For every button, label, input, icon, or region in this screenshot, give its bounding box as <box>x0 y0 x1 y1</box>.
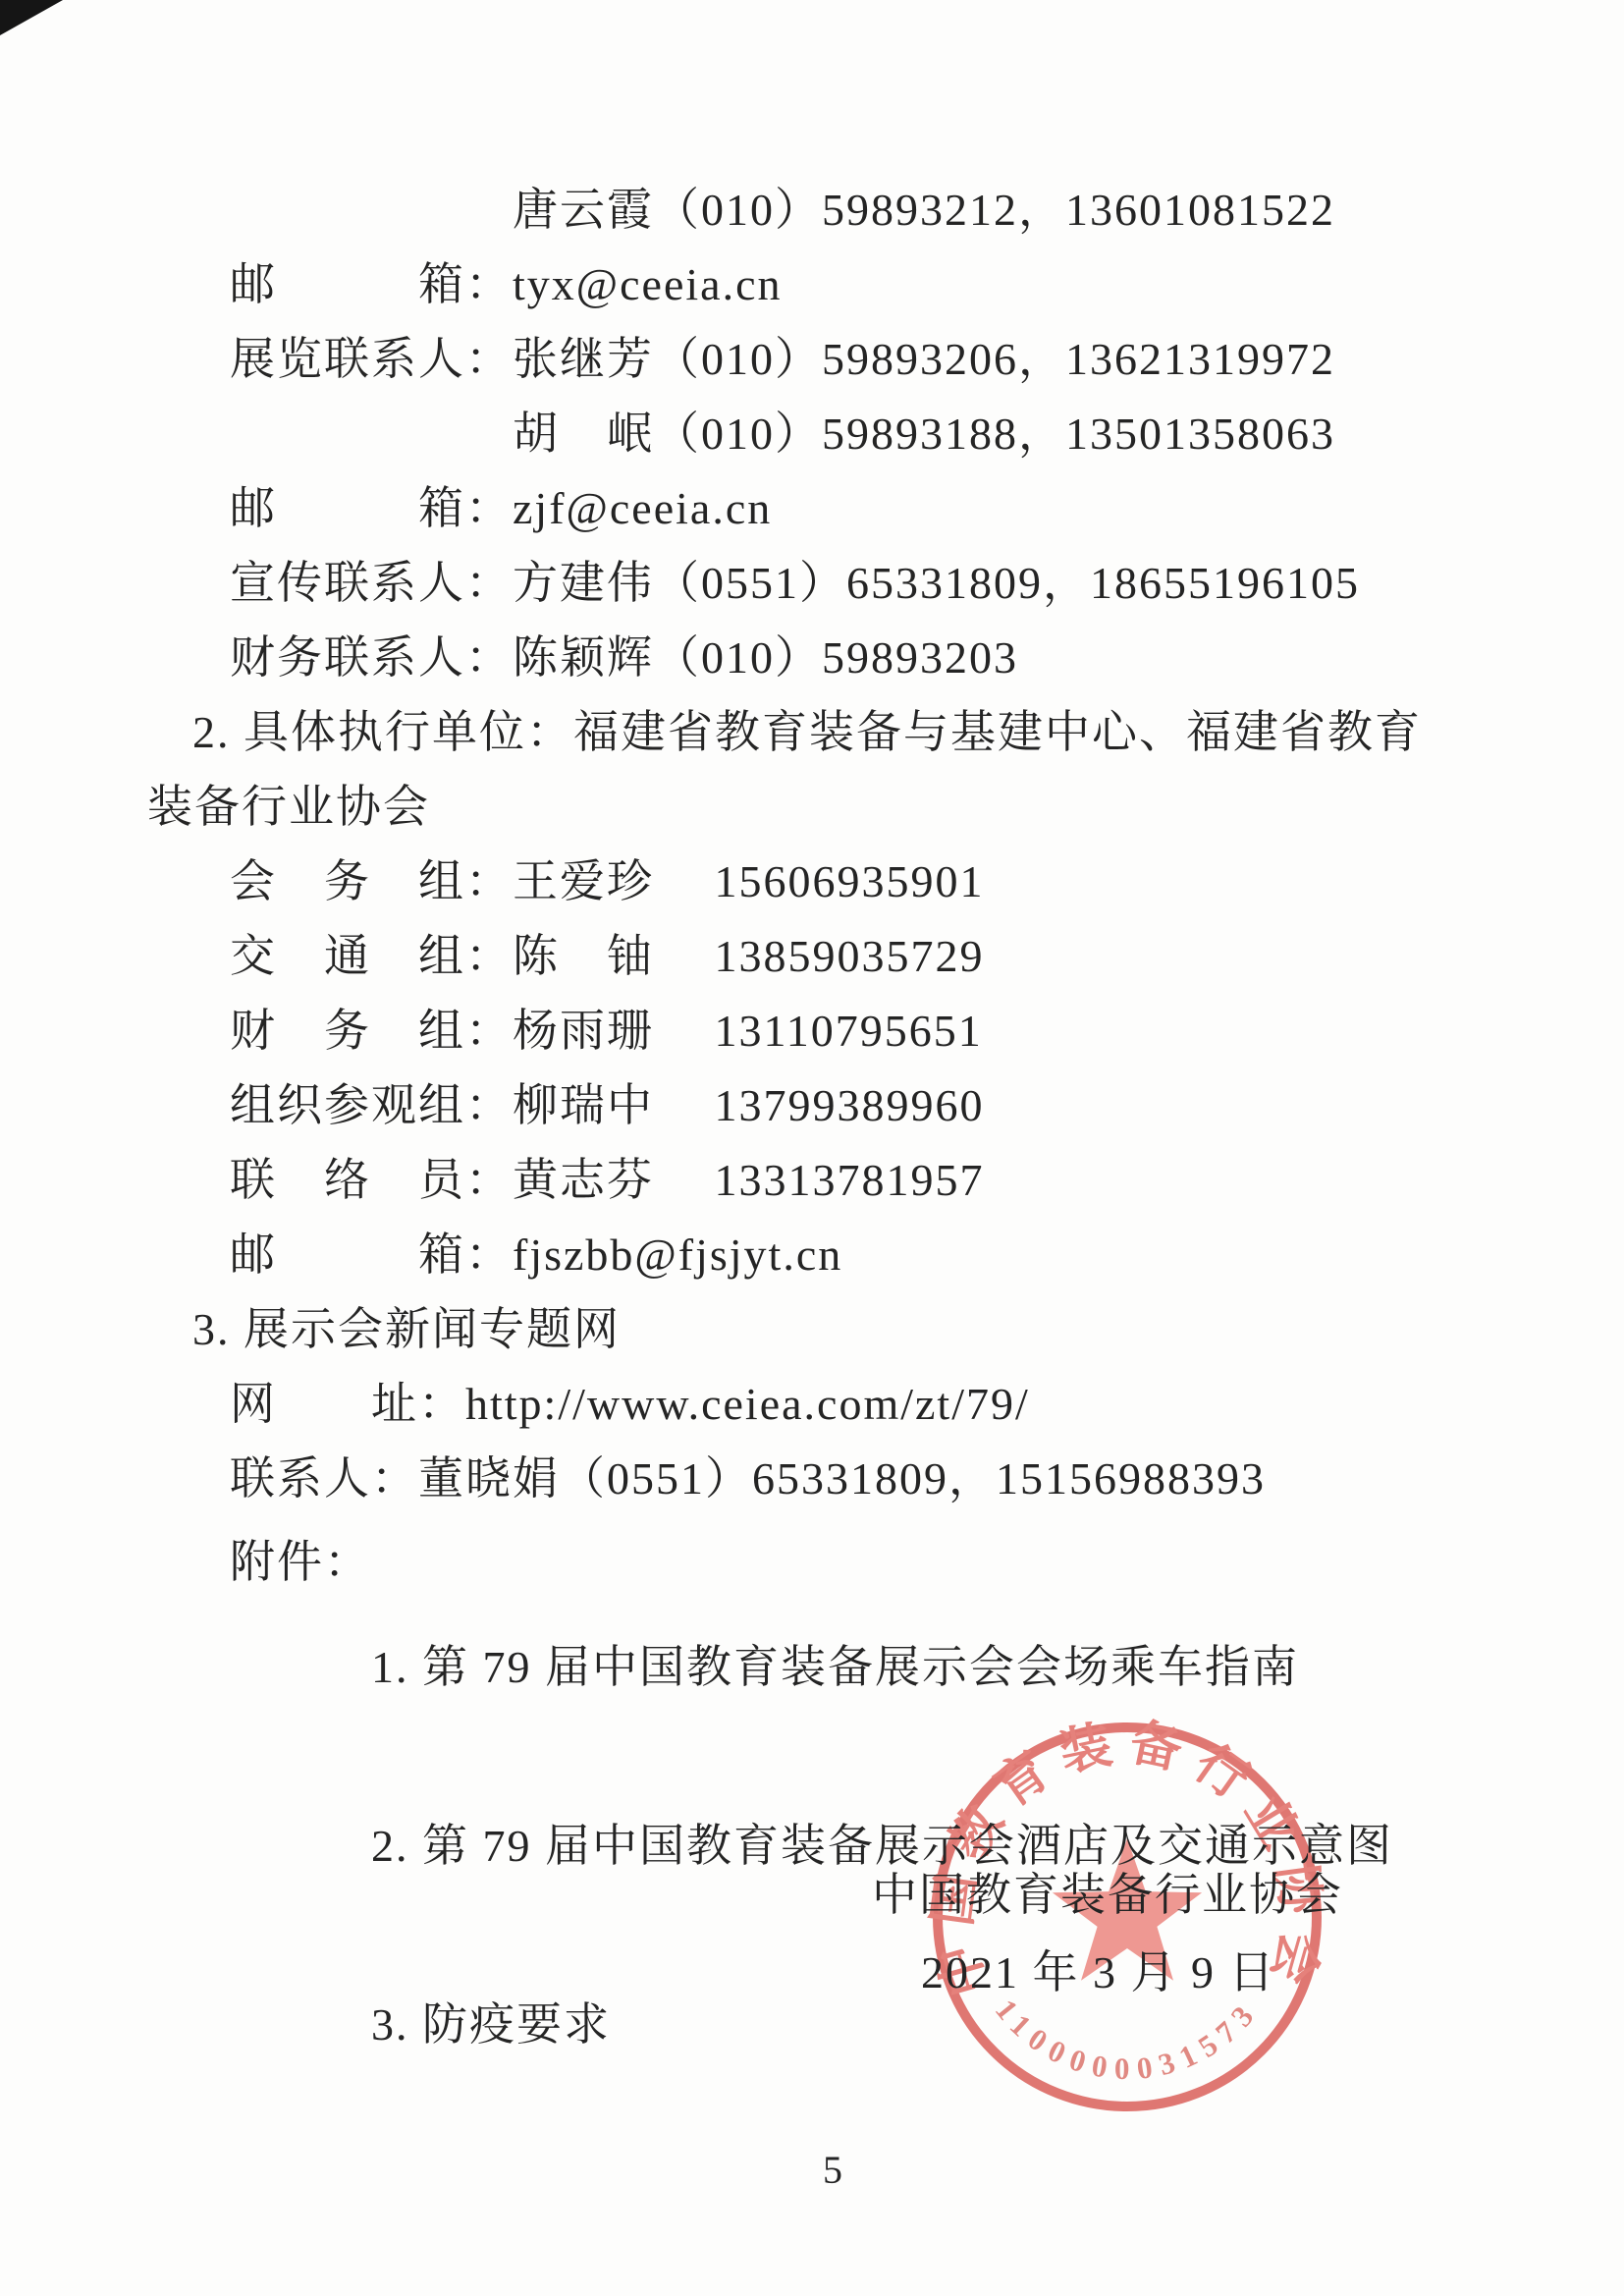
contact-line: 财务联系人：陈颖辉（010）59893203 <box>0 630 1624 685</box>
contact-value: 胡 岷（010）59893188，13501358063 <box>513 409 1335 459</box>
field-label: 财 务 组： <box>230 1006 513 1056</box>
contact-value: 陈颖辉（010）59893203 <box>513 632 1018 683</box>
field-label: 邮 箱： <box>230 483 513 533</box>
contact-value: 柳瑞中 13799389960 <box>513 1080 985 1130</box>
field-label: 联 络 员： <box>230 1155 513 1205</box>
field-label: 交 通 组： <box>230 931 513 981</box>
field-label: 会 务 组： <box>230 856 513 906</box>
field-label: 组织参观组： <box>230 1080 513 1130</box>
contact-line: 邮 箱：tyx@ceeia.cn <box>0 257 1624 312</box>
contact-value: 王爱珍 15606935901 <box>513 856 985 906</box>
contact-line: 联系人：董晓娟（0551）65331809，15156988393 <box>0 1451 1624 1506</box>
contact-line: 胡 岷（010）59893188，13501358063 <box>0 407 1624 462</box>
contact-line: 财 务 组：杨雨珊 13110795651 <box>0 1004 1624 1059</box>
section-heading: 3. 展示会新闻专题网 <box>0 1302 1624 1357</box>
page-number: 5 <box>823 2147 842 2193</box>
email-value: zjf@ceeia.cn <box>513 483 772 533</box>
contact-value: 黄志芬 13313781957 <box>513 1155 985 1205</box>
attachments-block: 附件： 1. 第 79 届中国教育装备展示会会场乘车指南 2. 第 79 届中国… <box>230 1526 1393 2166</box>
contact-line: 网 址：http://www.ceiea.com/zt/79/ <box>0 1377 1624 1432</box>
contact-value: 杨雨珊 13110795651 <box>513 1006 983 1056</box>
contact-line: 邮 箱：fjszbb@fjsjyt.cn <box>0 1228 1624 1283</box>
contact-value: 陈 铀 13859035729 <box>513 931 985 981</box>
email-value: tyx@ceeia.cn <box>513 259 783 309</box>
contact-line: 宣传联系人：方建伟（0551）65331809，18655196105 <box>0 556 1624 611</box>
document-page: 唐云霞（010）59893212，13601081522 邮 箱：tyx@cee… <box>0 0 1624 2296</box>
attachments-list: 1. 第 79 届中国教育装备展示会会场乘车指南 2. 第 79 届中国教育装备… <box>371 1526 1393 2166</box>
field-label: 展览联系人： <box>230 334 513 384</box>
section-heading-continuation: 装备行业协会 <box>0 780 1624 835</box>
field-label: 网 址： <box>230 1379 465 1429</box>
section-heading: 2. 具体执行单位：福建省教育装备与基建中心、福建省教育 <box>0 705 1624 760</box>
scan-corner-artifact <box>0 0 63 35</box>
field-label: 邮 箱： <box>230 259 513 309</box>
contact-value: 张继芳（010）59893206，13621319972 <box>513 334 1335 384</box>
signature-date: 2021 年 3 月 9 日 <box>921 1937 1276 2001</box>
field-label: 宣传联系人： <box>230 558 513 608</box>
contact-line: 邮 箱：zjf@ceeia.cn <box>0 481 1624 536</box>
field-label: 联系人： <box>230 1453 418 1503</box>
contact-line: 展览联系人：张继芳（010）59893206，13621319972 <box>0 332 1624 387</box>
url-value: http://www.ceiea.com/zt/79/ <box>465 1379 1030 1429</box>
contact-line: 唐云霞（010）59893212，13601081522 <box>0 183 1624 238</box>
email-value: fjszbb@fjsjyt.cn <box>513 1230 842 1280</box>
contact-value: 唐云霞（010）59893212，13601081522 <box>513 185 1335 235</box>
contact-line: 组织参观组：柳瑞中 13799389960 <box>0 1078 1624 1133</box>
contact-value: 董晓娟（0551）65331809，15156988393 <box>418 1453 1266 1503</box>
contact-line: 交 通 组：陈 铀 13859035729 <box>0 929 1624 984</box>
field-label: 邮 箱： <box>230 1230 513 1280</box>
contact-line: 联 络 员：黄志芬 13313781957 <box>0 1153 1624 1208</box>
field-label: 财务联系人： <box>230 632 513 683</box>
contact-line: 会 务 组：王爱珍 15606935901 <box>0 854 1624 909</box>
contact-value: 方建伟（0551）65331809，18655196105 <box>513 558 1360 608</box>
signature-org: 中国教育装备行业协会 <box>872 1859 1343 1924</box>
attachment-item: 1. 第 79 届中国教育装备展示会会场乘车指南 <box>371 1630 1393 1705</box>
attachments-label: 附件： <box>230 1526 371 1591</box>
